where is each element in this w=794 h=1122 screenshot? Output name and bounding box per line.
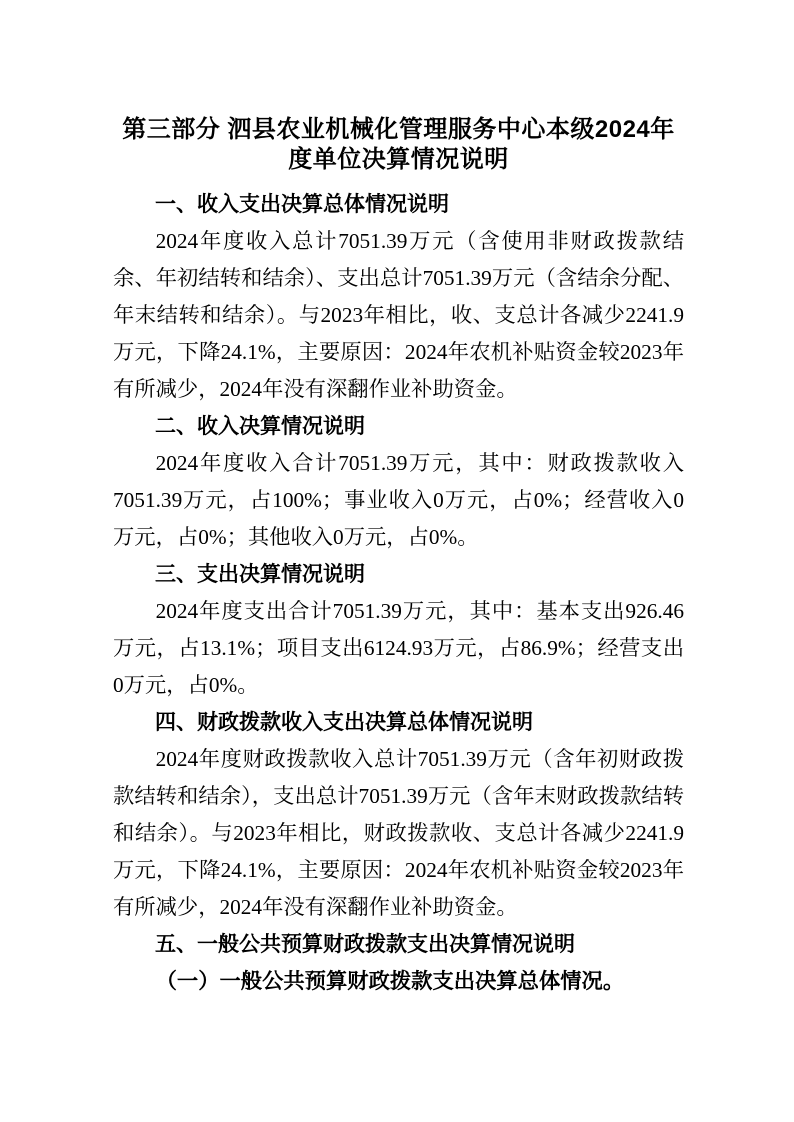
section-expenditure-details: 三、支出决算情况说明 2024年度支出合计7051.39万元，其中：基本支出92… bbox=[113, 556, 684, 704]
section-general-public-budget: 五、一般公共预算财政拨款支出决算情况说明 （一）一般公共预算财政拨款支出决算总体… bbox=[113, 926, 684, 1000]
document-page: 第三部分 泗县农业机械化管理服务中心本级2024年度单位决算情况说明 一、收入支… bbox=[0, 0, 794, 1122]
section-fiscal-appropriation-overview: 四、财政拨款收入支出决算总体情况说明 2024年度财政拨款收入总计7051.39… bbox=[113, 704, 684, 926]
section-1-heading: 一、收入支出决算总体情况说明 bbox=[113, 186, 684, 223]
section-5-subheading: （一）一般公共预算财政拨款支出决算总体情况。 bbox=[113, 963, 684, 1000]
section-3-paragraph: 2024年度支出合计7051.39万元，其中：基本支出926.46万元，占13.… bbox=[113, 593, 684, 704]
document-title: 第三部分 泗县农业机械化管理服务中心本级2024年度单位决算情况说明 bbox=[113, 115, 684, 175]
section-2-paragraph: 2024年度收入合计7051.39万元，其中：财政拨款收入7051.39万元，占… bbox=[113, 445, 684, 556]
section-1-paragraph: 2024年度收入总计7051.39万元（含使用非财政拨款结余、年初结转和结余）、… bbox=[113, 223, 684, 408]
section-2-heading: 二、收入决算情况说明 bbox=[113, 408, 684, 445]
section-4-paragraph: 2024年度财政拨款收入总计7051.39万元（含年初财政拨款结转和结余），支出… bbox=[113, 741, 684, 926]
section-4-heading: 四、财政拨款收入支出决算总体情况说明 bbox=[113, 704, 684, 741]
section-3-heading: 三、支出决算情况说明 bbox=[113, 556, 684, 593]
section-5-heading: 五、一般公共预算财政拨款支出决算情况说明 bbox=[113, 926, 684, 963]
section-income-expenditure-overview: 一、收入支出决算总体情况说明 2024年度收入总计7051.39万元（含使用非财… bbox=[113, 186, 684, 408]
section-income-details: 二、收入决算情况说明 2024年度收入合计7051.39万元，其中：财政拨款收入… bbox=[113, 408, 684, 556]
